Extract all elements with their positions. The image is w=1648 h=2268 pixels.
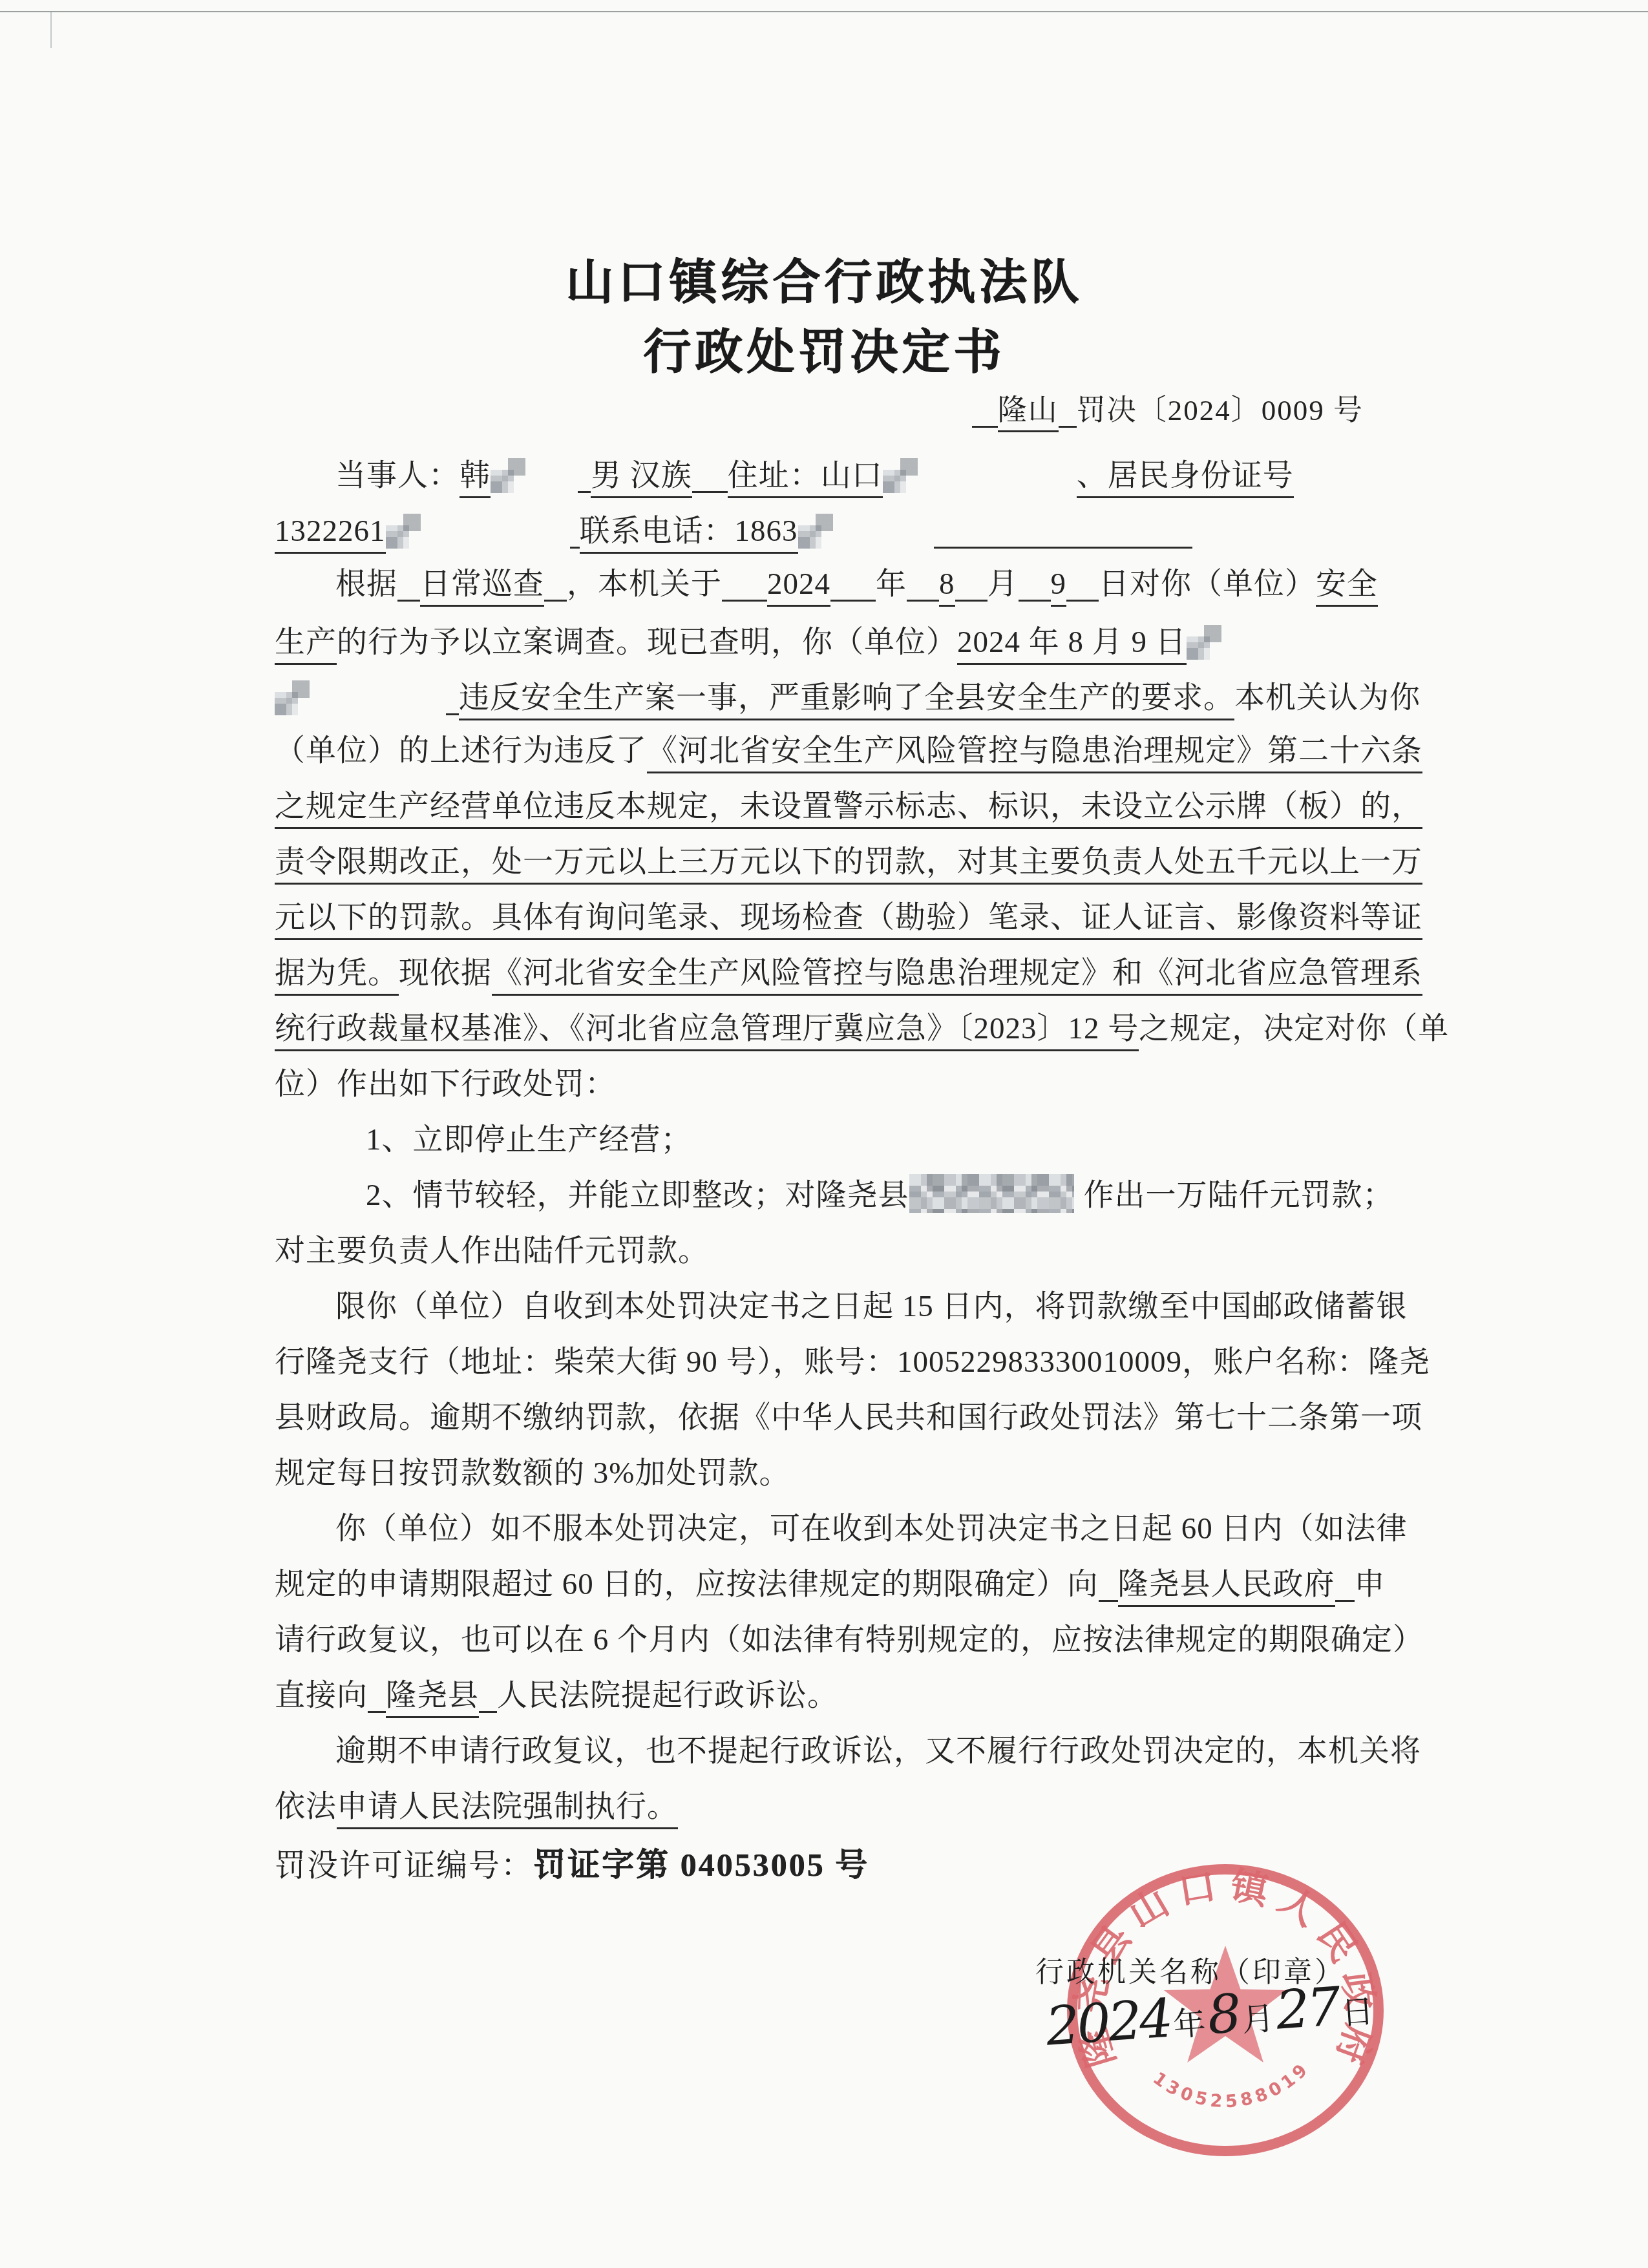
body-line: 据为凭。现依据《河北省安全生产风险管控与隐患治理规定》和《河北省应急管理系 — [275, 949, 1412, 992]
body-line: 行隆尧支行（地址：柴荣大街 90 号），账号：10052298333001000… — [275, 1338, 1412, 1381]
body-line: 违反安全生产案一事，严重影响了全县安全生产的要求。本机关认为你 — [275, 671, 1412, 717]
body-text: 安全 — [1316, 567, 1378, 607]
body-text: 规定的申请期限超过 60 日的，应按法律规定的期限确定）向 — [275, 1568, 1099, 1601]
body-text: 隆尧县人民政府 — [1118, 1568, 1335, 1607]
body-line: 元以下的罚款。具体有询问笔录、现场检查（勘验）笔录、证人证言、影像资料等证 — [275, 893, 1412, 936]
date-year-char: 年 — [1172, 2004, 1207, 2044]
body-text: 之规定生产经营单位违反本规定，未设置警示标志、标识，未设立公示牌（板）的， — [275, 790, 1422, 829]
body-line: 责令限期改正，处一万元以上三万元以下的罚款，对其主要负责人处五千元以上一万 — [275, 837, 1412, 881]
body-line: 根据日常巡查，本机关于2024年8月9日对你（单位）安全 — [275, 560, 1473, 603]
blank-underline — [934, 517, 1192, 549]
blank-underline — [830, 570, 876, 602]
blank-underline — [570, 517, 580, 549]
body-line: 你（单位）如不服本处罚决定，可在收到本处罚决定书之日起 60 日内（如法律 — [275, 1504, 1473, 1548]
body-text: 韩 — [460, 459, 491, 498]
body-text: 2、情节较轻，并能立即整改；对隆尧县 — [366, 1179, 909, 1212]
body-line: 之规定生产经营单位违反本规定，未设置警示标志、标识，未设立公示牌（板）的， — [275, 782, 1412, 825]
scan-edge-top — [0, 11, 1648, 12]
body-text: 住址：山口 — [728, 459, 883, 498]
body-text: 2024 年 8 月 9 日 — [957, 625, 1187, 665]
body-text: 据为凭。 — [275, 956, 399, 996]
body-line: 规定的申请期限超过 60 日的，应按法律规定的期限确定）向隆尧县人民政府申 — [275, 1560, 1412, 1603]
body-text: 年 — [876, 567, 907, 601]
body-text: 县财政局。逾期不缴纳罚款，依据《中华人民共和国行政处罚法》第七十二条第一项 — [275, 1401, 1422, 1434]
body-text: 限你（单位）自收到本处罚决定书之日起 15 日内，将罚款缴至中国邮政储蓄银 — [335, 1290, 1408, 1323]
license-label: 罚没许可证编号： — [275, 1849, 533, 1883]
blank-underline — [1019, 570, 1051, 602]
blank-underline — [692, 461, 728, 493]
blank-underline — [907, 570, 939, 602]
document-number-rest: 罚决〔2024〕0009 号 — [1077, 394, 1364, 426]
redaction-mosaic — [275, 671, 446, 715]
body-text: 作出一万陆仟元罚款； — [1084, 1179, 1394, 1212]
blank-underline — [446, 684, 459, 715]
body-text: 《河北省安全生产风险管控与隐患治理规定》和《河北省应急管理系 — [492, 956, 1422, 996]
body-text: 人民法院提起行政诉讼。 — [497, 1679, 838, 1712]
body-text: 元以下的罚款。具体有询问笔录、现场检查（勘验）笔录、证人证言、影像资料等证 — [275, 901, 1422, 940]
license-number-line: 罚没许可证编号：罚证字第 04053005 号 — [275, 1839, 869, 1885]
body-line: 1322261联系电话：1863 — [275, 504, 1412, 550]
body-line: 依法申请人民法院强制执行。 — [275, 1782, 1412, 1825]
document-number-agency: 隆山 — [998, 394, 1059, 432]
body-text: 依法 — [275, 1790, 337, 1823]
body-text: 申请人民法院强制执行。 — [337, 1790, 678, 1829]
body-text: ，本机关于 — [567, 567, 722, 601]
body-text: 2024 — [767, 567, 830, 607]
date-month-char: 月 — [1240, 1999, 1275, 2039]
body-line: （单位）的上述行为违反了《河北省安全生产风险管控与隐患治理规定》第二十六条 — [275, 726, 1412, 770]
body-line: 位）作出如下行政处罚： — [275, 1060, 1412, 1103]
date-day-char: 日 — [1340, 1992, 1375, 2032]
body-text: 联系电话：1863 — [580, 514, 798, 554]
document-title-line2: 行政处罚决定书 — [0, 314, 1648, 383]
body-text: 日常巡查 — [420, 567, 544, 607]
blank-underline — [578, 461, 591, 493]
blank-underline — [1066, 570, 1099, 602]
blank-underline — [544, 570, 567, 602]
body-line: 规定每日按罚款数额的 3%加处罚款。 — [275, 1449, 1412, 1492]
body-text: 统行政裁量权基准》、《河北省应急管理厅冀应急》〔2023〕12 号 — [275, 1012, 1139, 1051]
redaction-mosaic — [1187, 615, 1410, 660]
body-line: 当事人：韩男 汉族住址：山口、居民身份证号 — [275, 448, 1473, 494]
blank-underline — [1074, 1187, 1084, 1213]
redaction-mosaic — [386, 504, 570, 549]
body-text: 你（单位）如不服本处罚决定，可在收到本处罚决定书之日起 60 日内（如法律 — [335, 1512, 1408, 1546]
body-line: 2、情节较轻，并能立即整改；对隆尧县作出一万陆仟元罚款； — [275, 1171, 1503, 1214]
document-page: 山口镇综合行政执法队 行政处罚决定书 隆山罚决〔2024〕0009 号 当事人：… — [0, 0, 1648, 2268]
body-text: 现依据 — [399, 956, 492, 990]
body-text: 之规定，决定对你（单 — [1139, 1012, 1449, 1045]
blank-underline — [972, 396, 998, 428]
body-line: 直接向隆尧县人民法院提起行政诉讼。 — [275, 1671, 1412, 1714]
body-text: 1、立即停止生产经营； — [366, 1123, 692, 1157]
body-text: 日对你（单位） — [1099, 567, 1316, 601]
body-text: 位）作出如下行政处罚： — [275, 1067, 616, 1101]
blank-underline — [368, 1681, 386, 1713]
body-text: 规定每日按罚款数额的 3%加处罚款。 — [275, 1456, 790, 1490]
body-text: 请行政复议，也可以在 6 个月内（如法律有特别规定的，应按法律规定的期限确定） — [275, 1623, 1424, 1657]
body-text: 9 — [1051, 567, 1067, 607]
body-text: 8 — [939, 567, 955, 607]
body-line: 逾期不申请行政复议，也不提起行政诉讼，又不履行行政处罚决定的，本机关将 — [275, 1727, 1473, 1770]
body-text: 本机关认为你 — [1234, 681, 1421, 715]
body-text: 《河北省安全生产风险管控与隐患治理规定》第二十六条 — [647, 734, 1422, 773]
blank-underline — [397, 570, 420, 602]
license-value: 罚证字第 04053005 号 — [533, 1847, 869, 1883]
blank-underline — [479, 1681, 497, 1713]
body-text: 责令限期改正，处一万元以上三万元以下的罚款，对其主要负责人处五千元以上一万 — [275, 845, 1422, 885]
redaction-mosaic — [909, 1174, 1074, 1213]
body-text: 当事人： — [335, 459, 460, 492]
blank-underline — [1335, 1570, 1355, 1602]
body-text: 、居民身份证号 — [1077, 459, 1294, 498]
document-title-line1: 山口镇综合行政执法队 — [0, 244, 1648, 313]
redaction-mosaic — [798, 504, 934, 549]
body-text: 直接向 — [275, 1679, 368, 1712]
body-text: 逾期不申请行政复议，也不提起行政诉讼，又不履行行政处罚决定的，本机关将 — [335, 1734, 1421, 1768]
body-line: 统行政裁量权基准》、《河北省应急管理厅冀应急》〔2023〕12 号之规定，决定对… — [275, 1004, 1412, 1047]
body-text: 男 汉族 — [591, 459, 692, 498]
date-year: 2024 — [1044, 1988, 1172, 2058]
body-text: 的行为予以立案调查。现已查明，你（单位） — [337, 625, 957, 659]
body-text: 行隆尧支行（地址：柴荣大街 90 号），账号：10052298333001000… — [275, 1345, 1430, 1379]
body-text: 申 — [1355, 1568, 1386, 1601]
body-line: 限你（单位）自收到本处罚决定书之日起 15 日内，将罚款缴至中国邮政储蓄银 — [275, 1282, 1473, 1325]
body-line: 1、立即停止生产经营； — [275, 1115, 1503, 1159]
blank-underline — [722, 570, 767, 602]
body-line: 生产的行为予以立案调查。现已查明，你（单位）2024 年 8 月 9 日 — [275, 615, 1412, 661]
redaction-mosaic — [491, 448, 578, 493]
date-day: 27 — [1274, 1976, 1340, 2041]
body-text: 违反安全生产案一事，严重影响了全县安全生产的要求。 — [459, 681, 1234, 720]
body-text: 月 — [988, 567, 1019, 601]
blank-underline — [1099, 1570, 1118, 1602]
body-line: 对主要负责人作出陆仟元罚款。 — [275, 1226, 1412, 1270]
body-line: 县财政局。逾期不缴纳罚款，依据《中华人民共和国行政处罚法》第七十二条第一项 — [275, 1393, 1412, 1436]
blank-underline — [955, 570, 988, 602]
body-text: 根据 — [335, 567, 397, 601]
body-text: （单位）的上述行为违反了 — [275, 734, 647, 768]
body-text: 隆尧县 — [386, 1679, 479, 1718]
scan-edge-left — [50, 12, 52, 48]
document-number: 隆山罚决〔2024〕0009 号 — [972, 386, 1364, 428]
body-line: 请行政复议，也可以在 6 个月内（如法律有特别规定的，应按法律规定的期限确定） — [275, 1615, 1412, 1659]
body-text: 对主要负责人作出陆仟元罚款。 — [275, 1234, 709, 1268]
blank-underline — [1059, 396, 1077, 428]
body-text: 1322261 — [275, 514, 386, 554]
redaction-mosaic — [883, 448, 1077, 493]
body-text: 生产 — [275, 625, 337, 665]
date-month: 8 — [1205, 1983, 1241, 2046]
